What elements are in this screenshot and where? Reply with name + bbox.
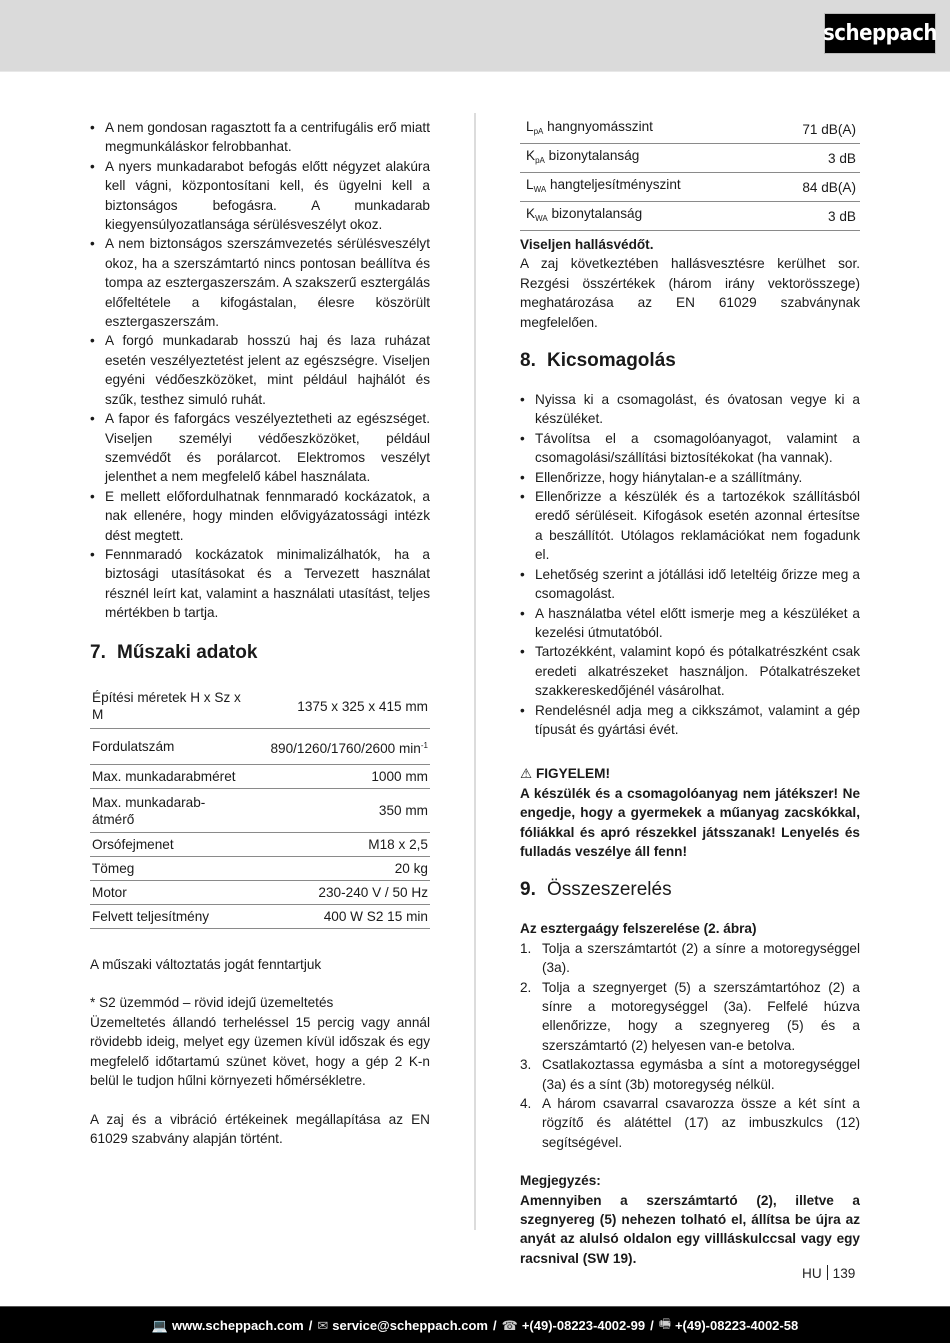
scheppach-logo: scheppach xyxy=(824,13,936,54)
note-title: Megjegyzés: xyxy=(520,1171,860,1190)
list-item: A forgó munkadarab hosszú haj és laza ru… xyxy=(90,331,430,409)
noise-label: KpA bizonytalanság xyxy=(520,144,765,173)
s2-text: Üzemeltetés állandó terheléssel 15 perci… xyxy=(90,1013,430,1091)
list-item: Tartozékként, valamint kopó és pótalkatr… xyxy=(520,642,860,700)
assembly-subtitle: Az esztergaágy felszerelése (2. ábra) xyxy=(520,919,860,938)
email-link[interactable]: service@scheppach.com xyxy=(332,1318,488,1333)
list-item: Ellenőrizze a készülék és a tartozékok s… xyxy=(520,487,860,565)
left-column: A nem gondosan ragasztott fa a centrifug… xyxy=(90,118,430,1148)
note-text: Amennyiben a szerszámtartó (2), illetve … xyxy=(520,1191,860,1269)
list-item: A fapor és faforgács veszélyeztetheti az… xyxy=(90,409,430,487)
noise-value: 3 dB xyxy=(765,144,860,173)
page-number: HU139 xyxy=(802,1265,855,1281)
section-9-heading: 9.Összeszerelés xyxy=(520,878,860,902)
noise-note: A zaj és a vibráció értékeinek megállapí… xyxy=(90,1110,430,1149)
noise-value: 71 dB(A) xyxy=(765,115,860,144)
spec-value: 230-240 V / 50 Hz xyxy=(244,881,430,905)
list-item: Ellenőrizze, hogy hiánytalan-e a szállít… xyxy=(520,468,860,487)
table-row: LpA hangnyomásszint71 dB(A) xyxy=(520,115,860,144)
list-item: A nem biztonságos szerszámvezetés sérülé… xyxy=(90,234,430,331)
spec-value: 1000 mm xyxy=(244,765,430,789)
warning-text: A készülék és a csomagolóanyag nem játék… xyxy=(520,784,860,862)
section-8-heading: 8.Kicsomagolás xyxy=(520,349,860,373)
table-row: Max. munkadarabméret1000 mm xyxy=(90,765,430,789)
spec-value: 890/1260/1760/2600 min-1 xyxy=(244,729,430,765)
table-row: LWA hangteljesítményszint84 dB(A) xyxy=(520,173,860,202)
list-item: Fennmaradó kockázatok minimalizálhatók, … xyxy=(90,545,430,623)
mail-icon: ✉ xyxy=(317,1318,328,1334)
list-item: Nyissa ki a csomagolást, és óvatosan veg… xyxy=(520,390,860,429)
spec-label: Építési méretek H x Sz x M xyxy=(90,685,244,729)
hearing-text: A zaj következtében hallásvesztésre kerü… xyxy=(520,254,860,332)
table-row: OrsófejmenetM18 x 2,5 xyxy=(90,833,430,857)
spec-label: Felvett teljesítmény xyxy=(90,905,244,929)
reserve-note: A műszaki változtatás jogát fenntartjuk xyxy=(90,955,430,974)
spec-label: Motor xyxy=(90,881,244,905)
noise-value: 3 dB xyxy=(765,202,860,231)
column-divider xyxy=(474,113,476,1230)
table-row: Építési méretek H x Sz x M1375 x 325 x 4… xyxy=(90,685,430,729)
noise-table: LpA hangnyomásszint71 dB(A)KpA bizonytal… xyxy=(520,115,860,231)
list-item: E mellett előfordulhatnak fennmaradó koc… xyxy=(90,487,430,545)
spec-label: Max. munkadarabméret xyxy=(90,765,244,789)
table-row: Max. munkadarab-átmérő350 mm xyxy=(90,789,430,833)
table-row: Tömeg20 kg xyxy=(90,857,430,881)
noise-label: LWA hangteljesítményszint xyxy=(520,173,765,202)
spec-value: M18 x 2,5 xyxy=(244,833,430,857)
list-item: Lehetőség szerint a jótállási idő letelt… xyxy=(520,565,860,604)
list-item: 3.Csatlakoztassa egymásba a sínt a motor… xyxy=(520,1055,860,1094)
footer-bar: 💻 www.scheppach.com / ✉ service@scheppac… xyxy=(0,1306,950,1343)
noise-label: KWA bizonytalanság xyxy=(520,202,765,231)
unpacking-list: Nyissa ki a csomagolást, és óvatosan veg… xyxy=(520,390,860,739)
list-item: Rendelésnél adja meg a cikkszámot, valam… xyxy=(520,701,860,740)
table-row: KpA bizonytalanság3 dB xyxy=(520,144,860,173)
list-item: Távolítsa el a csomagolóanyagot, valamin… xyxy=(520,429,860,468)
list-item: 4.A három csavarral csavarozza össze a k… xyxy=(520,1094,860,1152)
header-band: scheppach xyxy=(0,0,950,72)
website-link[interactable]: www.scheppach.com xyxy=(172,1318,304,1333)
phone-icon: ☎ xyxy=(502,1318,518,1334)
fax-icon: 🖷 xyxy=(659,1315,671,1337)
spec-label: Orsófejmenet xyxy=(90,833,244,857)
list-item: A használatba vétel előtt ismerje meg a … xyxy=(520,604,860,643)
table-row: KWA bizonytalanság3 dB xyxy=(520,202,860,231)
right-column: LpA hangnyomásszint71 dB(A)KpA bizonytal… xyxy=(520,118,860,1268)
spec-value: 20 kg xyxy=(244,857,430,881)
warning-triangle-icon: ⚠ xyxy=(520,766,532,781)
computer-icon: 💻 xyxy=(152,1318,168,1334)
hearing-title: Viseljen hallásvédőt. xyxy=(520,235,860,254)
fax-number: +(49)-08223-4002-58 xyxy=(675,1318,798,1333)
spec-label: Tömeg xyxy=(90,857,244,881)
list-item: A nem gondosan ragasztott fa a centrifug… xyxy=(90,118,430,157)
phone-number: +(49)-08223-4002-99 xyxy=(522,1318,645,1333)
noise-value: 84 dB(A) xyxy=(765,173,860,202)
noise-label: LpA hangnyomásszint xyxy=(520,115,765,144)
s2-title: * S2 üzemmód – rövid idejű üzemeltetés xyxy=(90,993,430,1012)
spec-value: 1375 x 325 x 415 mm xyxy=(244,685,430,729)
spec-label: Fordulatszám xyxy=(90,729,244,765)
spec-table: Építési méretek H x Sz x M1375 x 325 x 4… xyxy=(90,685,430,930)
spec-value: 350 mm xyxy=(244,789,430,833)
assembly-steps: 1.Tolja a szerszámtartót (2) a sínre a m… xyxy=(520,939,860,1152)
spec-value: 400 W S2 15 min xyxy=(244,905,430,929)
table-row: Felvett teljesítmény400 W S2 15 min xyxy=(90,905,430,929)
warning-title: ⚠ FIGYELEM! xyxy=(520,764,860,783)
list-item: A nyers munkadarabot befogás előtt négyz… xyxy=(90,157,430,235)
list-item: 2.Tolja a szegnyerget (5) a szerszámtart… xyxy=(520,978,860,1056)
table-row: Fordulatszám890/1260/1760/2600 min-1 xyxy=(90,729,430,765)
safety-list: A nem gondosan ragasztott fa a centrifug… xyxy=(90,118,430,623)
section-7-heading: 7.Műszaki adatok xyxy=(90,641,430,665)
list-item: 1.Tolja a szerszámtartót (2) a sínre a m… xyxy=(520,939,860,978)
table-row: Motor230-240 V / 50 Hz xyxy=(90,881,430,905)
spec-label: Max. munkadarab-átmérő xyxy=(90,789,244,833)
